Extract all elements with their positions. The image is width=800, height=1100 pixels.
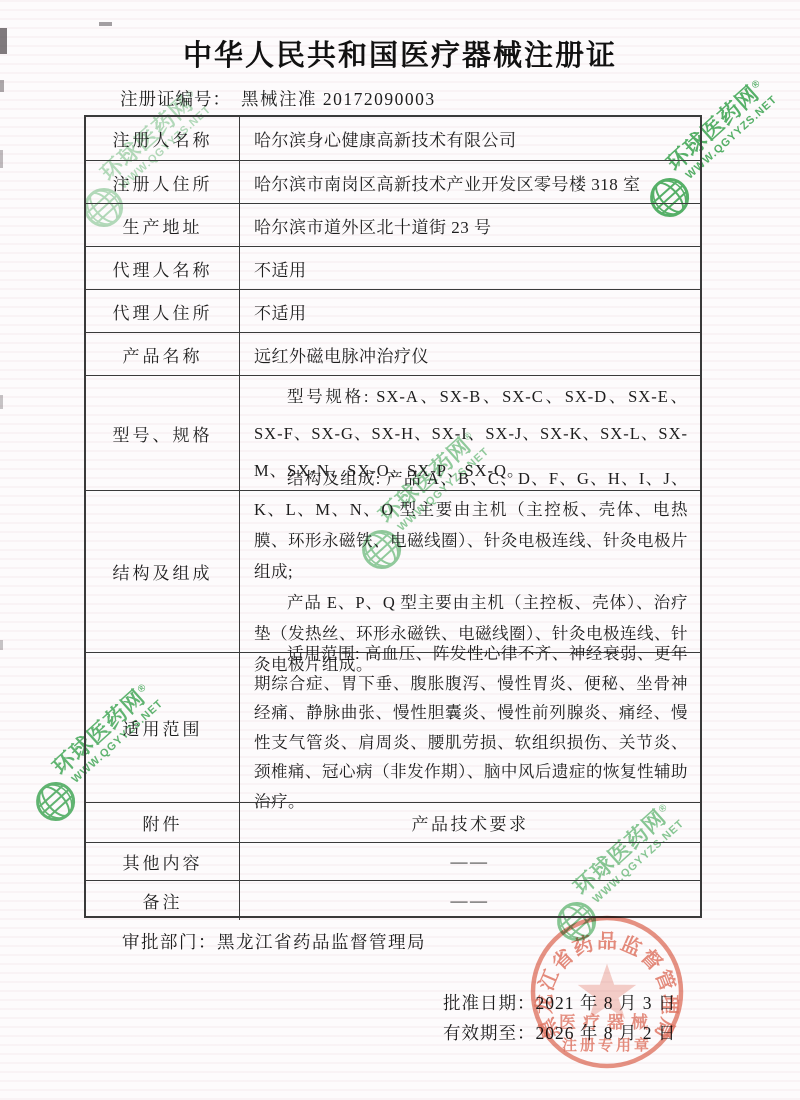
approval-date-label: 批准日期： <box>443 993 536 1013</box>
table-row-registrant-address: 注册人住所 哈尔滨市南岗区高新技术产业开发区零号楼 318 室 <box>86 160 700 203</box>
registration-number-value: 黑械注准 20172090003 <box>241 89 436 109</box>
row-label: 注册人住所 <box>86 161 240 203</box>
row-label: 备注 <box>86 881 240 920</box>
table-row-attachment: 附件 产品技术要求 <box>86 802 700 842</box>
approval-department-label: 审批部门： <box>122 932 217 952</box>
row-value: 适用范围: 高血压、阵发性心律不齐、神经衰弱、更年期综合症、胃下垂、腹胀腹泻、慢… <box>240 653 700 802</box>
scan-smudge <box>0 395 3 409</box>
row-value: 不适用 <box>240 290 700 332</box>
registration-number: 注册证编号：黑械注准 20172090003 <box>120 86 436 111</box>
table-row-other: 其他内容 —— <box>86 842 700 880</box>
certificate-page: 环球医药网® WWW.QGYYZS.NET 环球医药网® WWW.QGYYZS.… <box>0 0 800 1100</box>
row-value: 不适用 <box>240 247 700 289</box>
row-label: 适用范围 <box>86 653 240 802</box>
row-value: —— <box>240 843 700 880</box>
row-label: 附件 <box>86 803 240 842</box>
row-label: 生产地址 <box>86 204 240 246</box>
valid-until-label: 有效期至： <box>443 1023 536 1043</box>
official-seal: 黑龙江省药品监督管理局 医疗器械 注册专用章 <box>529 914 685 1070</box>
row-label: 注册人名称 <box>86 117 240 160</box>
scan-smudge <box>0 640 3 650</box>
scan-smudge <box>0 80 4 92</box>
table-row-agent-address: 代理人住所 不适用 <box>86 289 700 332</box>
table-row-scope: 适用范围 适用范围: 高血压、阵发性心律不齐、神经衰弱、更年期综合症、胃下垂、腹… <box>86 652 700 802</box>
row-value: 哈尔滨身心健康高新技术有限公司 <box>240 117 700 160</box>
table-row-structure: 结构及组成 结构及组成: 产品 A、B、C、D、F、G、H、I、J、K、L、M、… <box>86 490 700 652</box>
certificate-title: 中华人民共和国医疗器械注册证 <box>0 33 800 74</box>
row-label: 代理人名称 <box>86 247 240 289</box>
seal-line2: 注册专用章 <box>562 1036 652 1054</box>
certificate-table: 注册人名称 哈尔滨身心健康高新技术有限公司 注册人住所 哈尔滨市南岗区高新技术产… <box>84 115 702 918</box>
table-row-agent-name: 代理人名称 不适用 <box>86 246 700 289</box>
table-row-production-address: 生产地址 哈尔滨市道外区北十道街 23 号 <box>86 203 700 246</box>
row-value: 远红外磁电脉冲治疗仪 <box>240 333 700 375</box>
scan-smudge <box>99 22 112 26</box>
row-label: 代理人住所 <box>86 290 240 332</box>
seal-star-icon <box>580 966 634 1017</box>
row-label: 型号、规格 <box>86 376 240 490</box>
scan-smudge <box>0 150 3 168</box>
table-row-registrant-name: 注册人名称 哈尔滨身心健康高新技术有限公司 <box>86 117 700 160</box>
table-row-product-name: 产品名称 远红外磁电脉冲治疗仪 <box>86 332 700 375</box>
row-value: 哈尔滨市道外区北十道街 23 号 <box>240 204 700 246</box>
row-label: 结构及组成 <box>86 491 240 652</box>
scan-smudge <box>0 28 7 54</box>
globe-icon <box>26 772 85 831</box>
row-label: 其他内容 <box>86 843 240 880</box>
approval-department-value: 黑龙江省药品监督管理局 <box>217 932 426 952</box>
row-value: 结构及组成: 产品 A、B、C、D、F、G、H、I、J、K、L、M、N、O 型主… <box>240 491 700 652</box>
scope-text: 适用范围: 高血压、阵发性心律不齐、神经衰弱、更年期综合症、胃下垂、腹胀腹泻、慢… <box>254 639 688 816</box>
registered-mark: ® <box>750 78 764 92</box>
row-value: 哈尔滨市南岗区高新技术产业开发区零号楼 318 室 <box>240 161 700 203</box>
seal-line1: 医疗器械 <box>559 1012 655 1032</box>
row-value: 产品技术要求 <box>240 803 700 842</box>
row-label: 产品名称 <box>86 333 240 375</box>
structure-text-1: 结构及组成: 产品 A、B、C、D、F、G、H、I、J、K、L、M、N、O 型主… <box>254 463 688 587</box>
approval-department: 审批部门：黑龙江省药品监督管理局 <box>122 929 426 954</box>
registration-number-label: 注册证编号： <box>120 89 231 109</box>
